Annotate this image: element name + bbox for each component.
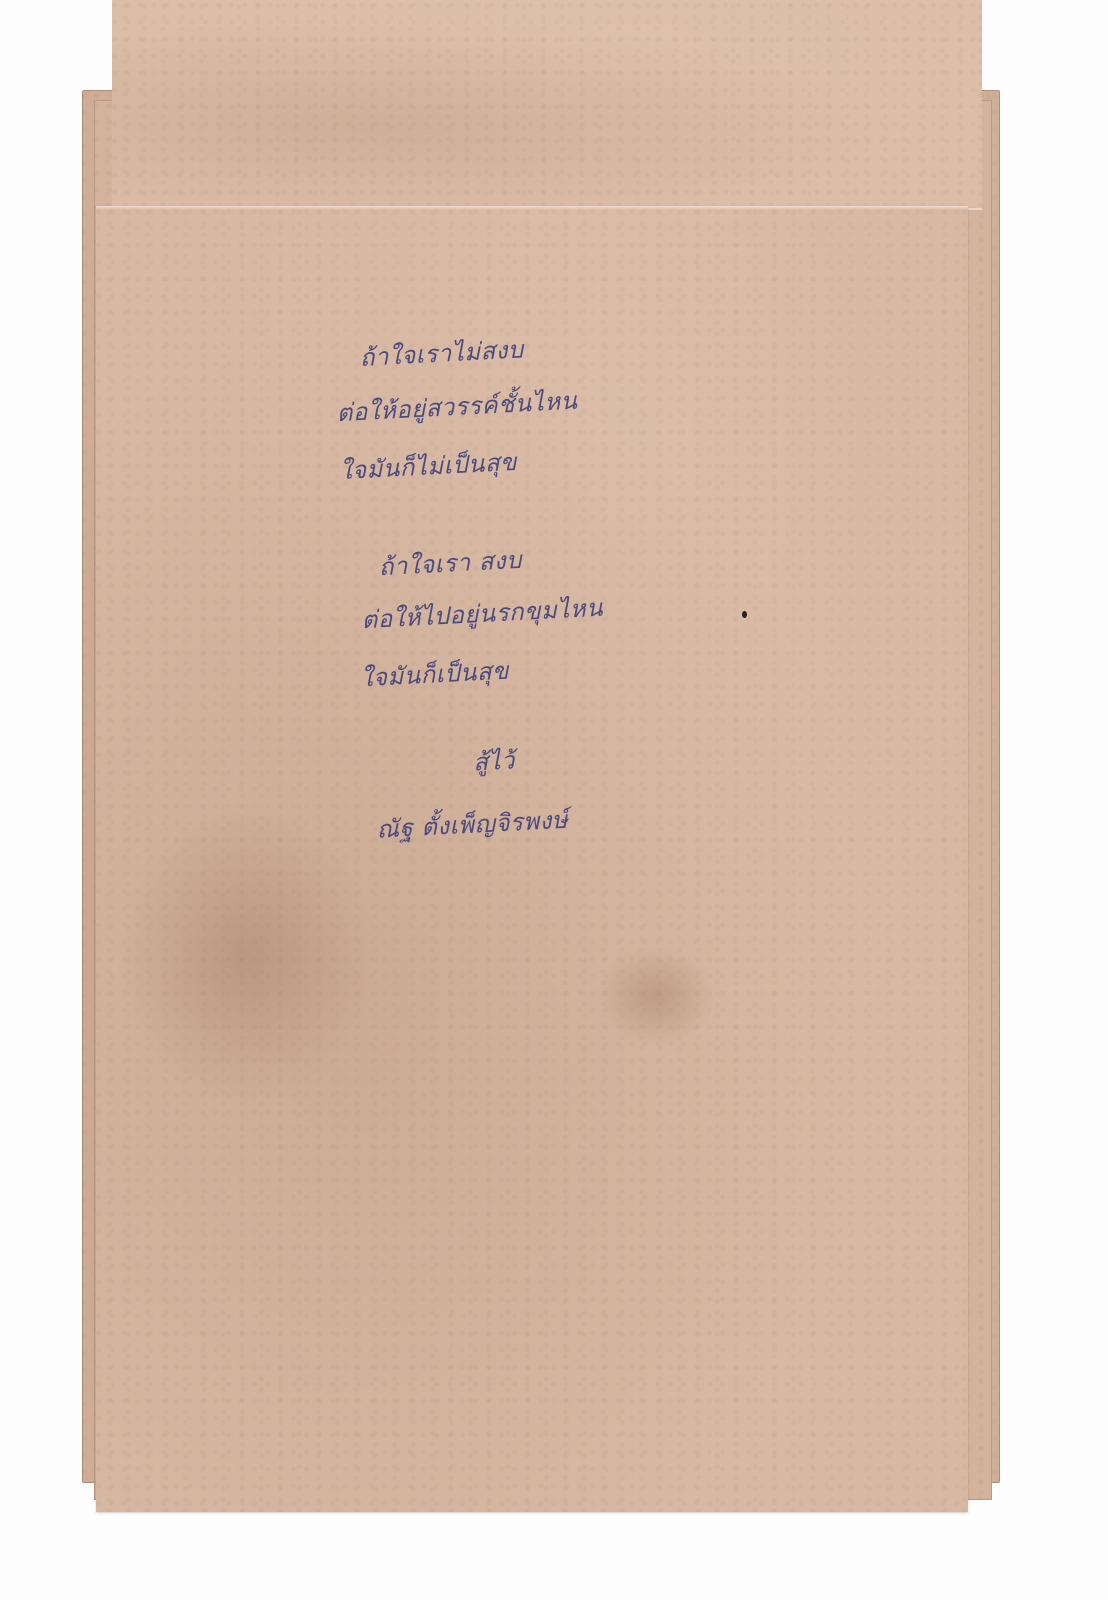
paper-stain — [596, 946, 716, 1046]
envelope-top-flap — [112, 0, 982, 210]
note-stanza2-line3: ใจมันก็เป็นสุข — [360, 659, 509, 691]
note-stanza2-line1: ถ้าใจเรา สงบ — [378, 548, 522, 579]
note-closing: สู้ไว้ — [473, 748, 516, 774]
ink-spot — [742, 611, 747, 618]
paper-stain — [116, 806, 376, 1106]
